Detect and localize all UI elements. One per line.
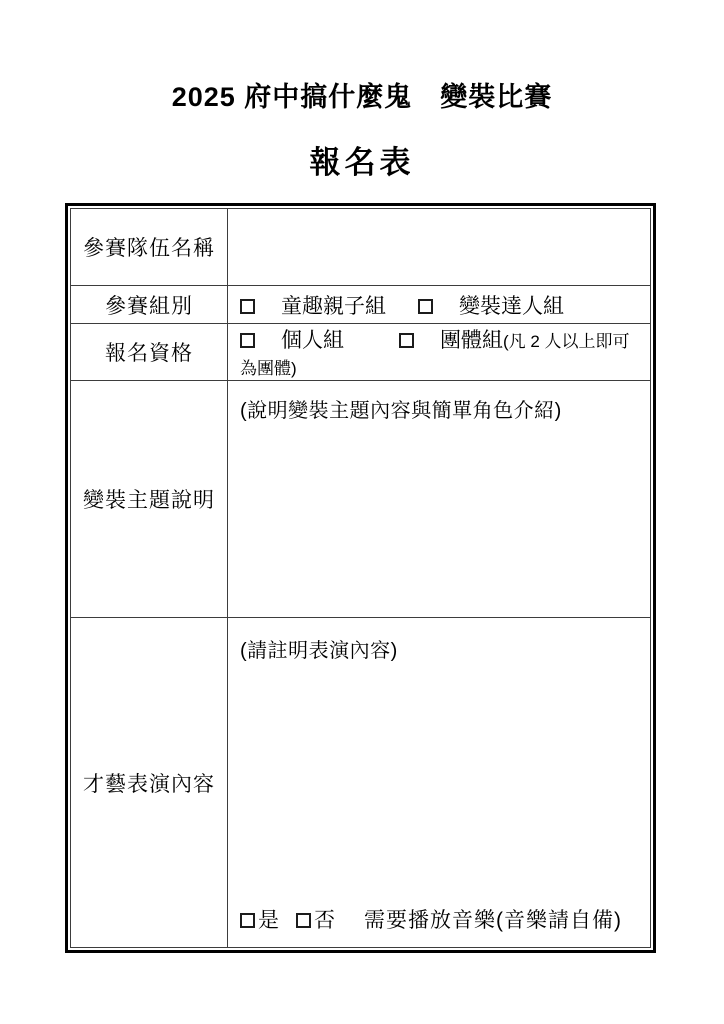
team-name-label: 參賽隊伍名稱 — [71, 209, 228, 286]
music-no-label: 否 — [314, 909, 336, 932]
option-label-costume-master-group: 變裝達人組 — [459, 295, 564, 318]
costume-theme-input-cell[interactable]: (說明變裝主題內容與簡單角色介紹) — [228, 381, 651, 618]
music-option-line: 是否需要播放音樂(音樂請自備) — [240, 904, 622, 934]
table-row-team-name: 參賽隊伍名稱 — [71, 209, 651, 286]
form-title: 報名表 — [0, 146, 724, 180]
entry-group-cell: 童趣親子組變裝達人組 — [228, 286, 651, 324]
option-label-individual-group: 個人組 — [281, 329, 344, 352]
costume-theme-label: 變裝主題說明 — [71, 381, 228, 618]
checkbox-child-parent-group[interactable] — [240, 299, 255, 314]
talent-cell-layout: (請註明表演內容) 是否需要播放音樂(音樂請自備) — [240, 619, 638, 947]
eligibility-cell: 個人組團體組(凡 2 人以上即可為團體) — [228, 324, 651, 381]
checkbox-music-no[interactable] — [296, 913, 311, 928]
table-row-talent: 才藝表演內容 (請註明表演內容) 是否需要播放音樂(音樂請自備) — [71, 618, 651, 948]
checkbox-music-yes[interactable] — [240, 913, 255, 928]
talent-content-input-cell[interactable]: (請註明表演內容) 是否需要播放音樂(音樂請自備) — [228, 618, 651, 948]
entry-group-label: 參賽組別 — [71, 286, 228, 324]
table-row-costume-theme: 變裝主題說明 (說明變裝主題內容與簡單角色介紹) — [71, 381, 651, 618]
checkbox-individual-group[interactable] — [240, 333, 255, 348]
option-label-child-parent-group: 童趣親子組 — [281, 295, 386, 318]
costume-theme-placeholder-note: (說明變裝主題內容與簡單角色介紹) — [240, 400, 562, 422]
talent-performance-label: 才藝表演內容 — [71, 618, 228, 948]
music-requirement-text: 需要播放音樂(音樂請自備) — [364, 909, 622, 932]
eligibility-label: 報名資格 — [71, 324, 228, 381]
registration-table-border: 參賽隊伍名稱 參賽組別 童趣親子組變裝達人組 報名資格 個人組團體組(凡 2 人… — [65, 203, 656, 953]
registration-table: 參賽隊伍名稱 參賽組別 童趣親子組變裝達人組 報名資格 個人組團體組(凡 2 人… — [70, 208, 651, 948]
music-yes-label: 是 — [258, 909, 280, 932]
checkbox-team-group[interactable] — [399, 333, 414, 348]
table-row-entry-group: 參賽組別 童趣親子組變裝達人組 — [71, 286, 651, 324]
team-name-input-cell[interactable] — [228, 209, 651, 286]
registration-form-page: 2025 府中搞什麼鬼 變裝比賽 報名表 參賽隊伍名稱 參賽組別 童趣親子組變裝… — [0, 0, 724, 1024]
table-row-eligibility: 報名資格 個人組團體組(凡 2 人以上即可為團體) — [71, 324, 651, 381]
document-title: 2025 府中搞什麼鬼 變裝比賽 — [0, 0, 724, 113]
talent-placeholder-note: (請註明表演內容) — [240, 634, 398, 663]
option-label-team-group: 團體組 — [440, 329, 503, 352]
checkbox-costume-master-group[interactable] — [418, 299, 433, 314]
